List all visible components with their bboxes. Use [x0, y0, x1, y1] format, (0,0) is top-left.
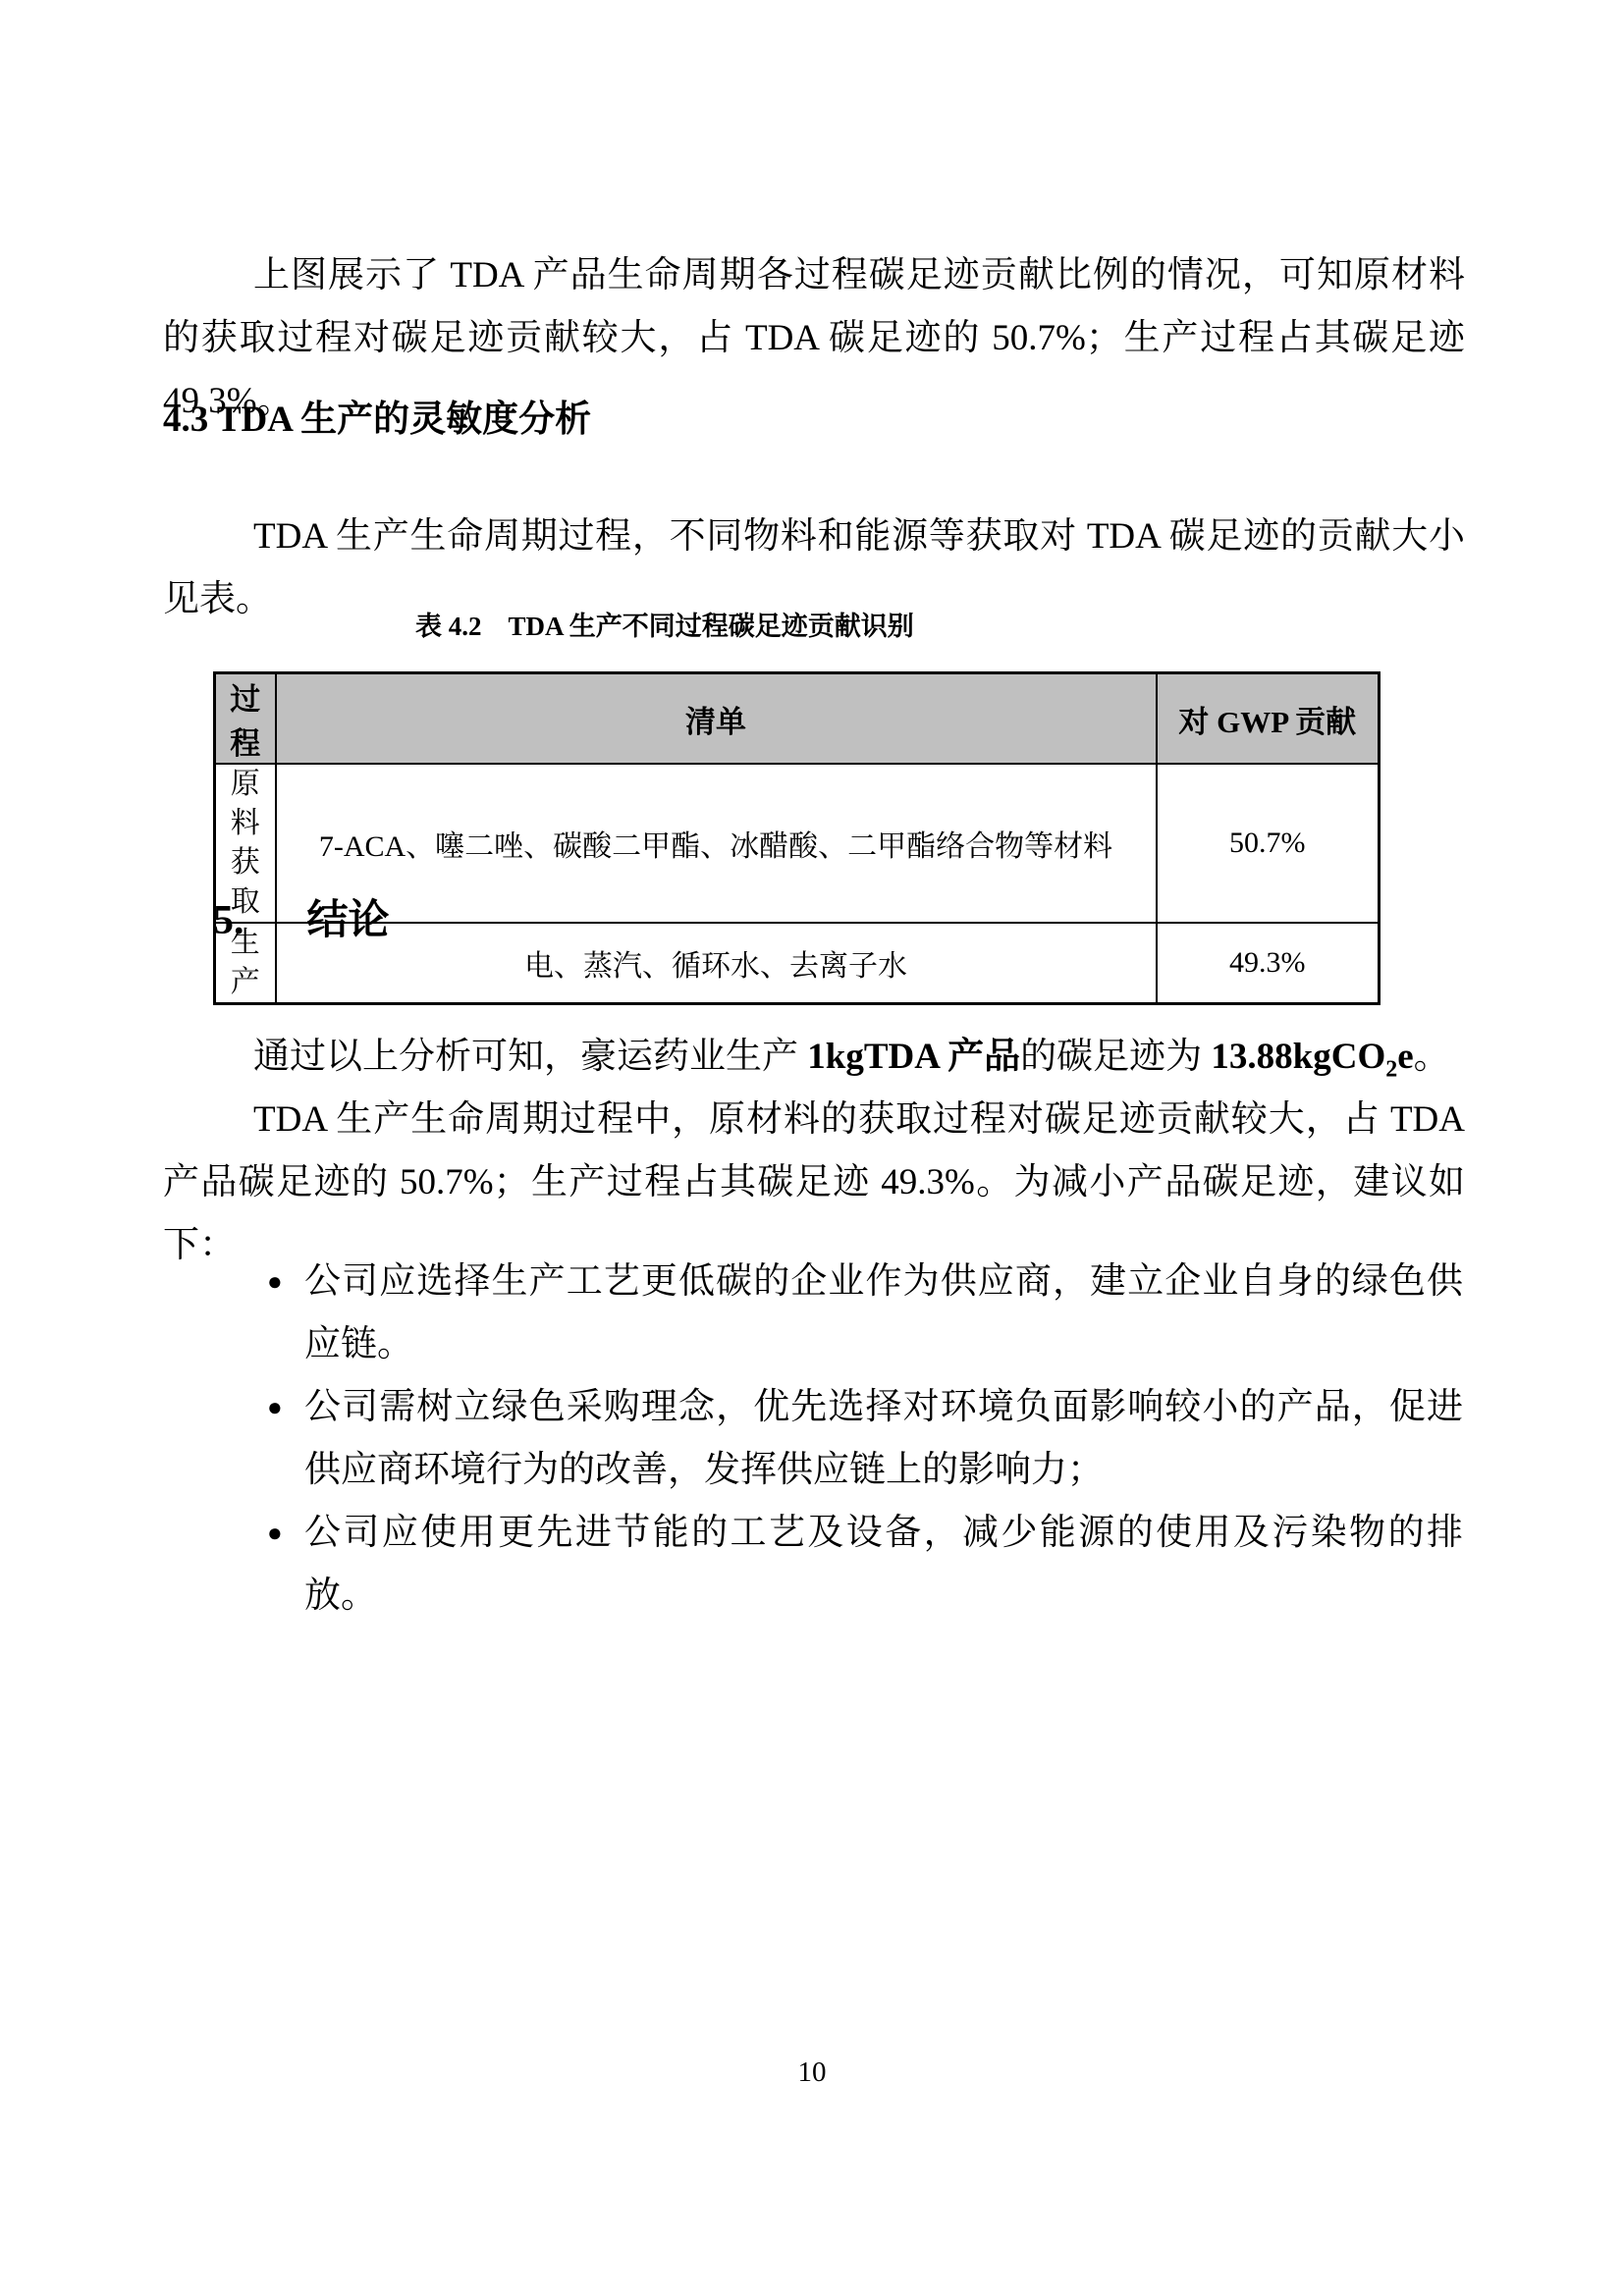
conclusion-bold-co2-unit: e [1397, 1037, 1413, 1077]
list-item: ● 公司应使用更先进节能的工艺及设备，减少能源的使用及污染物的排放。 [267, 1502, 1463, 1628]
conclusion-text-segment: 。 [1414, 1037, 1450, 1077]
list-item: ● 公司应选择生产工艺更低碳的企业作为供应商，建立企业自身的绿色供应链。 [267, 1251, 1463, 1376]
table-4-2-caption: 表 4.2 TDA 生产不同过程碳足迹贡献识别 [415, 609, 914, 644]
cell-inventory-production: 电、蒸汽、循环水、去离子水 [276, 923, 1157, 1004]
conclusion-bold-product: 1kgTDA 产品 [807, 1037, 1020, 1077]
section-5-number: 5. [213, 898, 244, 943]
conclusion-paragraph-2: TDA 生产生命周期过程中，原材料的获取过程对碳足迹贡献较大，占 TDA 产品碳… [163, 1089, 1465, 1277]
co2-subscript: 2 [1385, 1056, 1397, 1082]
recommendation-text: 公司应选择生产工艺更低碳的企业作为供应商，建立企业自身的绿色供应链。 [304, 1251, 1463, 1376]
column-header-process: 过程 [215, 673, 276, 765]
recommendation-list: ● 公司应选择生产工艺更低碳的企业作为供应商，建立企业自身的绿色供应链。 ● 公… [267, 1251, 1463, 1628]
bullet-icon: ● [267, 1376, 304, 1439]
column-header-gwp: 对 GWP 贡献 [1157, 673, 1380, 765]
gwp-contribution-table: 过程 清单 对 GWP 贡献 原料获取 7-ACA、噻二唑、碳酸二甲酯、冰醋酸、… [213, 671, 1380, 1005]
recommendation-text: 公司应使用更先进节能的工艺及设备，减少能源的使用及污染物的排放。 [304, 1502, 1463, 1628]
cell-gwp-production: 49.3% [1157, 923, 1380, 1004]
bullet-icon: ● [267, 1502, 304, 1565]
page-number: 10 [0, 2056, 1624, 2089]
conclusion-text-segment: 的碳足迹为 [1020, 1037, 1211, 1077]
bullet-icon: ● [267, 1251, 304, 1313]
cell-inventory-raw-material: 7-ACA、噻二唑、碳酸二甲酯、冰醋酸、二甲酯络合物等材料 [276, 764, 1157, 923]
document-page: 上图展示了 TDA 产品生命周期各过程碳足迹贡献比例的情况，可知原材料的获取过程… [0, 0, 1624, 2296]
conclusion-text-segment: 通过以上分析可知，豪运药业生产 [253, 1037, 807, 1077]
section-5-title: 结论 [307, 898, 390, 943]
table-header-row: 过程 清单 对 GWP 贡献 [215, 673, 1380, 765]
list-item: ● 公司需树立绿色采购理念，优先选择对环境负面影响较小的产品，促进供应商环境行为… [267, 1376, 1463, 1502]
cell-gwp-raw-material: 50.7% [1157, 764, 1380, 923]
conclusion-bold-co2-value: 13.88kgCO [1211, 1037, 1385, 1077]
section-5-heading: 5.结论 [213, 895, 390, 946]
section-4-3-heading: 4.3 TDA 生产的灵敏度分析 [163, 397, 591, 444]
column-header-inventory: 清单 [276, 673, 1157, 765]
recommendation-text: 公司需树立绿色采购理念，优先选择对环境负面影响较小的产品，促进供应商环境行为的改… [304, 1376, 1463, 1502]
